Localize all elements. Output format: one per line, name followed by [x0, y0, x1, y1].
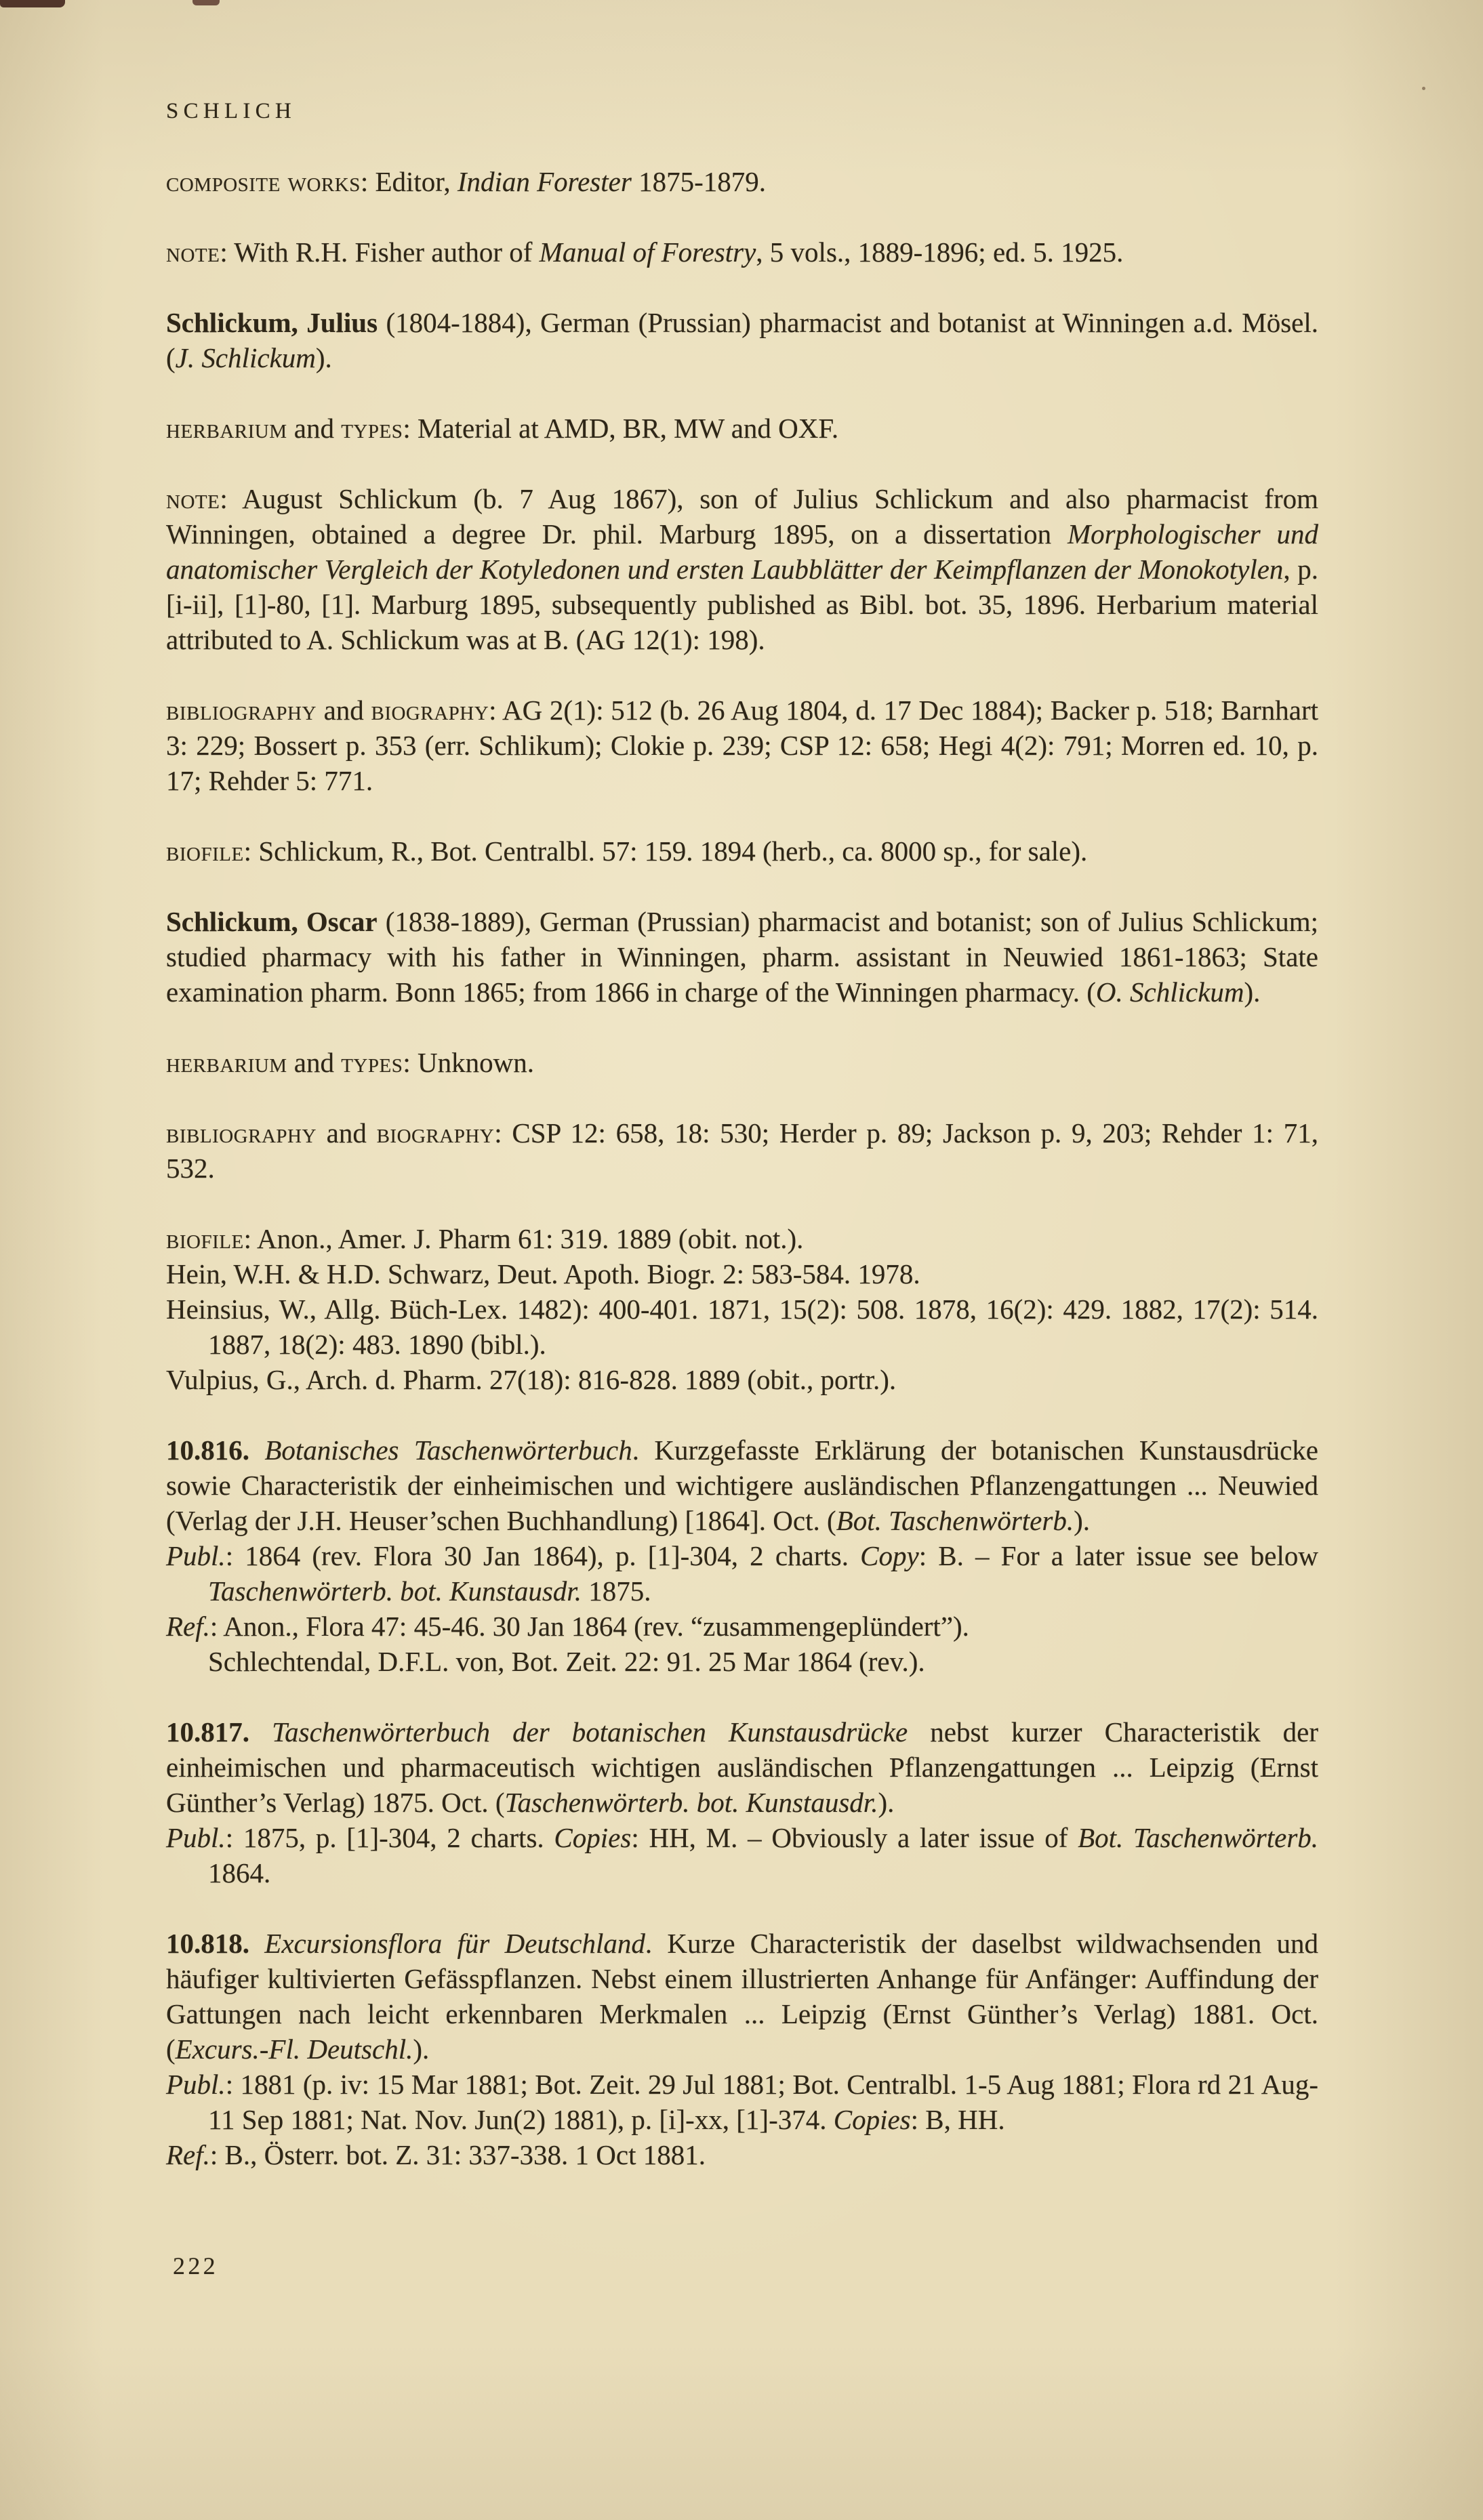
italic-run: Bot. Taschenwörterb.	[1078, 1822, 1318, 1853]
italic-run: Ref.	[166, 2139, 210, 2170]
text-run: : Anon., Amer. J. Pharm 61: 319. 1889 (o…	[244, 1223, 804, 1254]
text-run: : 1864 (rev. Flora 30 Jan 1864), p. [1]-…	[226, 1540, 860, 1571]
text-run: ).	[1074, 1505, 1090, 1536]
text-run: : Material at AMD, BR, MW and OXF.	[403, 413, 838, 444]
bibliography-biography-julius: bibliography and biography: AG 2(1): 512…	[166, 693, 1318, 798]
italic-run: Excurs.-Fl. Deutschl.	[176, 2033, 413, 2065]
italic-run: Botanisches Taschenwörterbuch	[264, 1434, 632, 1466]
biofile-julius: biofile: Schlickum, R., Bot. Centralbl. …	[166, 833, 1318, 869]
work-10816: 10.816. Botanisches Taschenwörterbuch. K…	[166, 1432, 1318, 1538]
scan-speck	[1422, 87, 1425, 90]
text-run: and	[317, 1117, 377, 1149]
text-run	[249, 1716, 272, 1748]
smallcaps-run: note	[166, 483, 220, 514]
bold-run: 10.818.	[166, 1928, 249, 1959]
smallcaps-run: biography	[377, 1117, 495, 1149]
text-run: : 1875, p. [1]-304, 2 charts.	[226, 1822, 554, 1853]
text-run: : Anon., Flora 47: 45-46. 30 Jan 1864 (r…	[210, 1611, 969, 1642]
smallcaps-run: herbarium	[166, 413, 287, 444]
italic-run: Excursionsflora für Deutschland	[264, 1928, 645, 1959]
text-run	[249, 1434, 264, 1466]
italic-run: Publ.	[166, 2069, 226, 2100]
text-run: : B. – For a later issue see below	[919, 1540, 1318, 1571]
text-run: ).	[413, 2033, 429, 2065]
bold-run: 10.817.	[166, 1716, 249, 1748]
biofile-oscar-vulpius: Vulpius, G., Arch. d. Pharm. 27(18): 816…	[166, 1362, 1318, 1397]
bold-run: Schlickum, Julius	[166, 307, 378, 338]
smallcaps-run: bibliography	[166, 695, 317, 726]
text-run: : Editor,	[361, 166, 458, 197]
composite-works-line: composite works: Editor, Indian Forester…	[166, 164, 1318, 199]
smallcaps-run: bibliography	[166, 1117, 317, 1149]
ref-10818: Ref.: B., Österr. bot. Z. 31: 337-338. 1…	[166, 2137, 1318, 2172]
text-column: composite works: Editor, Indian Forester…	[166, 164, 1318, 2172]
page-number: 222	[166, 2248, 1318, 2284]
italic-run: Copies	[834, 2104, 911, 2135]
italic-run: Indian Forester	[458, 166, 632, 197]
biofile-oscar-hein: Hein, W.H. & H.D. Schwarz, Deut. Apoth. …	[166, 1256, 1318, 1292]
smallcaps-run: biofile	[166, 835, 244, 867]
running-head: SCHLICH	[166, 94, 1318, 129]
publ-10817: Publ.: 1875, p. [1]-304, 2 charts. Copie…	[166, 1820, 1318, 1891]
italic-run: Taschenwörterb. bot. Kunstausdr.	[208, 1575, 582, 1607]
text-run: 1875-1879.	[632, 166, 766, 197]
italic-run: O. Schlickum	[1096, 976, 1244, 1008]
text-run: Heinsius, W., Allg. Büch-Lex. 1482): 400…	[166, 1294, 1318, 1360]
text-run: and	[287, 413, 342, 444]
text-run: : HH, M. – Obviously a later issue of	[631, 1822, 1078, 1853]
text-run: ).	[878, 1787, 894, 1818]
bibliography-biography-oscar: bibliography and biography: CSP 12: 658,…	[166, 1115, 1318, 1186]
smallcaps-run: composite works	[166, 166, 361, 197]
page-body: SCHLICH composite works: Editor, Indian …	[166, 0, 1318, 2284]
note-fisher-line: note: With R.H. Fisher author of Manual …	[166, 234, 1318, 270]
italic-run: Copies	[554, 1822, 631, 1853]
italic-run: Bot. Taschenwörterb.	[836, 1505, 1074, 1536]
smallcaps-run: herbarium	[166, 1047, 287, 1078]
text-run: Hein, W.H. & H.D. Schwarz, Deut. Apoth. …	[166, 1258, 920, 1289]
text-run: , 5 vols., 1889-1896; ed. 5. 1925.	[756, 236, 1123, 268]
text-run: and	[317, 695, 371, 726]
ref-10816-schlechtendal: Schlechtendal, D.F.L. von, Bot. Zeit. 22…	[166, 1644, 1318, 1679]
scanned-page: SCHLICH composite works: Editor, Indian …	[0, 0, 1483, 2520]
text-run: : Unknown.	[403, 1047, 534, 1078]
smallcaps-run: biography	[371, 695, 489, 726]
italic-run: J. Schlickum	[176, 342, 316, 373]
text-run: : B, HH.	[911, 2104, 1005, 2135]
text-run: : 1881 (p. iv: 15 Mar 1881; Bot. Zeit. 2…	[208, 2069, 1318, 2135]
text-run: 1875.	[582, 1575, 651, 1607]
publ-10816: Publ.: 1864 (rev. Flora 30 Jan 1864), p.…	[166, 1538, 1318, 1609]
text-run: : With R.H. Fisher author of	[220, 236, 539, 268]
text-run: ).	[316, 342, 332, 373]
publ-10818: Publ.: 1881 (p. iv: 15 Mar 1881; Bot. Ze…	[166, 2067, 1318, 2137]
italic-run: Copy	[860, 1540, 919, 1571]
text-run: : Schlickum, R., Bot. Centralbl. 57: 159…	[244, 835, 1088, 867]
text-run: Schlechtendal, D.F.L. von, Bot. Zeit. 22…	[208, 1646, 925, 1677]
work-10817: 10.817. Taschenwörterbuch der botanische…	[166, 1714, 1318, 1820]
italic-run: Manual of Forestry	[540, 236, 756, 268]
bold-run: 10.816.	[166, 1434, 249, 1466]
italic-run: Taschenwörterbuch der botanischen Kunsta…	[272, 1716, 908, 1748]
italic-run: Taschenwörterb. bot. Kunstausdr.	[505, 1787, 878, 1818]
ref-10816: Ref.: Anon., Flora 47: 45-46. 30 Jan 186…	[166, 1609, 1318, 1644]
italic-run: Ref.	[166, 1611, 210, 1642]
herbarium-types-julius: herbarium and types: Material at AMD, BR…	[166, 411, 1318, 446]
biofile-oscar-anon: biofile: Anon., Amer. J. Pharm 61: 319. …	[166, 1221, 1318, 1256]
smallcaps-run: types	[341, 413, 403, 444]
biofile-oscar-heinsius: Heinsius, W., Allg. Büch-Lex. 1482): 400…	[166, 1292, 1318, 1362]
text-run: : B., Österr. bot. Z. 31: 337-338. 1 Oct…	[210, 2139, 706, 2170]
text-run: and	[287, 1047, 342, 1078]
text-run: 1864.	[208, 1857, 270, 1888]
smallcaps-run: types	[341, 1047, 403, 1078]
smallcaps-run: note	[166, 236, 220, 268]
scan-artifact	[0, 0, 65, 7]
entry-schlickum-oscar: Schlickum, Oscar (1838-1889), German (Pr…	[166, 904, 1318, 1010]
bold-run: Schlickum, Oscar	[166, 906, 378, 937]
entry-schlickum-julius: Schlickum, Julius (1804-1884), German (P…	[166, 305, 1318, 375]
text-run	[249, 1928, 264, 1959]
text-run: Vulpius, G., Arch. d. Pharm. 27(18): 816…	[166, 1364, 896, 1395]
work-10818: 10.818. Excursionsflora für Deutschland.…	[166, 1926, 1318, 2067]
herbarium-types-oscar: herbarium and types: Unknown.	[166, 1045, 1318, 1080]
italic-run: Publ.	[166, 1540, 226, 1571]
text-run: ).	[1244, 976, 1261, 1008]
italic-run: Publ.	[166, 1822, 226, 1853]
note-august-schlickum: note: August Schlickum (b. 7 Aug 1867), …	[166, 481, 1318, 657]
smallcaps-run: biofile	[166, 1223, 244, 1254]
